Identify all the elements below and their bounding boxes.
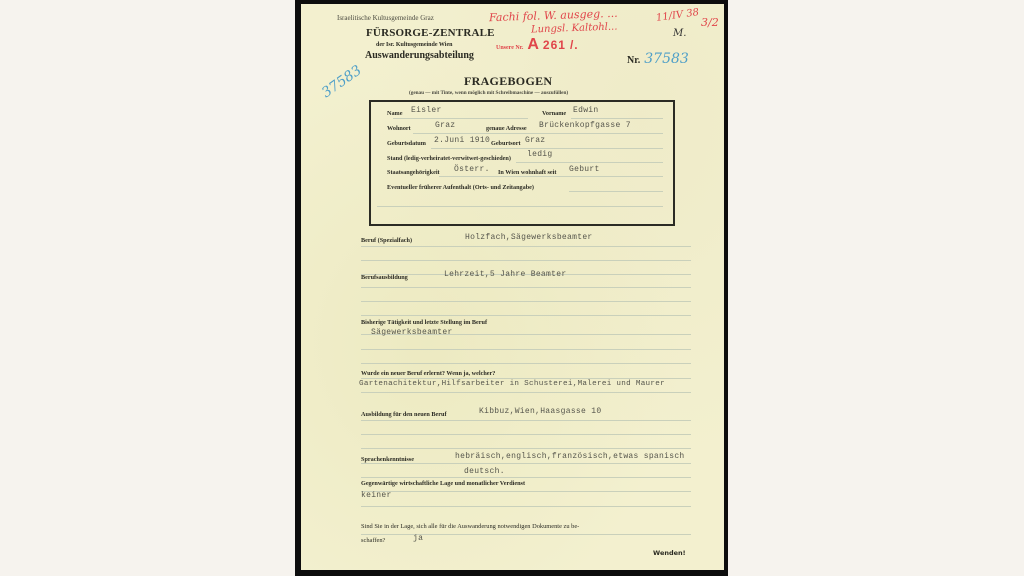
initials-mark: M. [673, 28, 686, 39]
adresse-value: Brückenkopfgasse 7 [539, 121, 631, 130]
taetigkeit-value: Sägewerksbeamter [371, 328, 453, 337]
beruf-value: Holzfach,Sägewerksbeamter [465, 233, 593, 242]
stamp-letter: A [527, 36, 539, 53]
wohnort-label: Wohnort [387, 125, 411, 132]
department-title: Auswanderungsabteilung [365, 50, 474, 61]
staatsangehoerigkeit-value: Österr. [454, 165, 490, 174]
file-number-label: Nr. [627, 55, 640, 66]
wien-wohnhaft-label: In Wien wohnhaft seit [498, 169, 556, 176]
geburtsort-value: Graz [525, 136, 545, 145]
taetigkeit-label: Bisherige Tätigkeit und letzte Stellung … [361, 319, 487, 326]
form-instructions: (genau — mit Tinte, wenn möglich mit Sch… [409, 90, 568, 96]
neue-ausbildung-value: Kibbuz,Wien,Haasgasse 10 [479, 407, 601, 416]
community-header: Israelitische Kultusgemeinde Graz [337, 14, 434, 22]
stamp-suffix: /. [570, 38, 579, 52]
wirtschaftliche-lage-label: Gegenwärtige wirtschaftliche Lage und mo… [361, 480, 525, 487]
geburtsdatum-value: 2.Juni 1910 [434, 136, 490, 145]
wirtschaftliche-lage-value: keiner [361, 491, 392, 500]
vorname-label: Vorname [542, 110, 566, 117]
wohnort-value: Graz [435, 121, 455, 130]
neuer-beruf-label: Wurde ein neuer Beruf erlernt? Wenn ja, … [361, 370, 495, 377]
form-title: FRAGEBOGEN [464, 74, 552, 89]
questionnaire-page: Israelitische Kultusgemeinde Graz FÜRSOR… [301, 4, 724, 570]
sprachen-label: Sprachenkenntnisse [361, 456, 414, 463]
aufenthalt-label: Eventueller früherer Aufenthalt (Orts- u… [387, 184, 534, 191]
beruf-label: Beruf (Spezialfach) [361, 237, 412, 244]
name-label: Name [387, 110, 402, 117]
file-number: Nr. 37583 [627, 50, 689, 68]
wien-wohnhaft-value: Geburt [569, 165, 600, 174]
geburtsdatum-label: Geburtsdatum [387, 140, 426, 147]
organization-subtitle: der Isr. Kultusgemeinde Wien [376, 42, 452, 48]
handwritten-note-line2: Lungsl. Kaltohl... [531, 21, 618, 35]
name-value: Eisler [411, 106, 442, 115]
dokumente-answer: ja [413, 534, 423, 543]
dokumente-question-line1: Sind Sie in der Lage, sich alle für die … [361, 523, 579, 530]
file-number-value: 37583 [644, 51, 689, 67]
turn-over-note: Wenden! [653, 549, 686, 557]
margin-file-number: 37583 [319, 62, 365, 101]
sprachen-value-line2: deutsch. [464, 467, 505, 476]
stand-label: Stand (ledig-verheiratet-verwitwet-gesch… [387, 155, 511, 162]
handwritten-date: 11/IV 38 [655, 7, 699, 24]
berufsausbildung-label: Berufsausbildung [361, 274, 408, 281]
neue-ausbildung-label: Ausbildung für den neuen Beruf [361, 411, 447, 418]
geburtsort-label: Geburtsort [491, 140, 521, 147]
reference-stamp: Unsere Nr. A 261 /. [496, 36, 579, 54]
vorname-value: Edwin [573, 106, 599, 115]
dokumente-question-line2: schaffen? [361, 537, 385, 544]
organization-title: FÜRSORGE-ZENTRALE [366, 27, 495, 39]
staatsangehoerigkeit-label: Staatsangehörigkeit [387, 169, 440, 176]
sprachen-value-line1: hebräisch,englisch,französisch,etwas spa… [455, 452, 685, 461]
stand-value: ledig [527, 150, 553, 159]
stamp-label: Unsere Nr. [496, 45, 523, 51]
neuer-beruf-value: Gartenachitektur,Hilfsarbeiter in Schust… [359, 380, 665, 388]
stamp-number: 261 [543, 38, 566, 52]
handwritten-fraction: 3/2 [701, 16, 719, 29]
adresse-label: genaue Adresse [486, 125, 527, 132]
berufsausbildung-value: Lehrzeit,5 Jahre Beamter [444, 270, 566, 279]
